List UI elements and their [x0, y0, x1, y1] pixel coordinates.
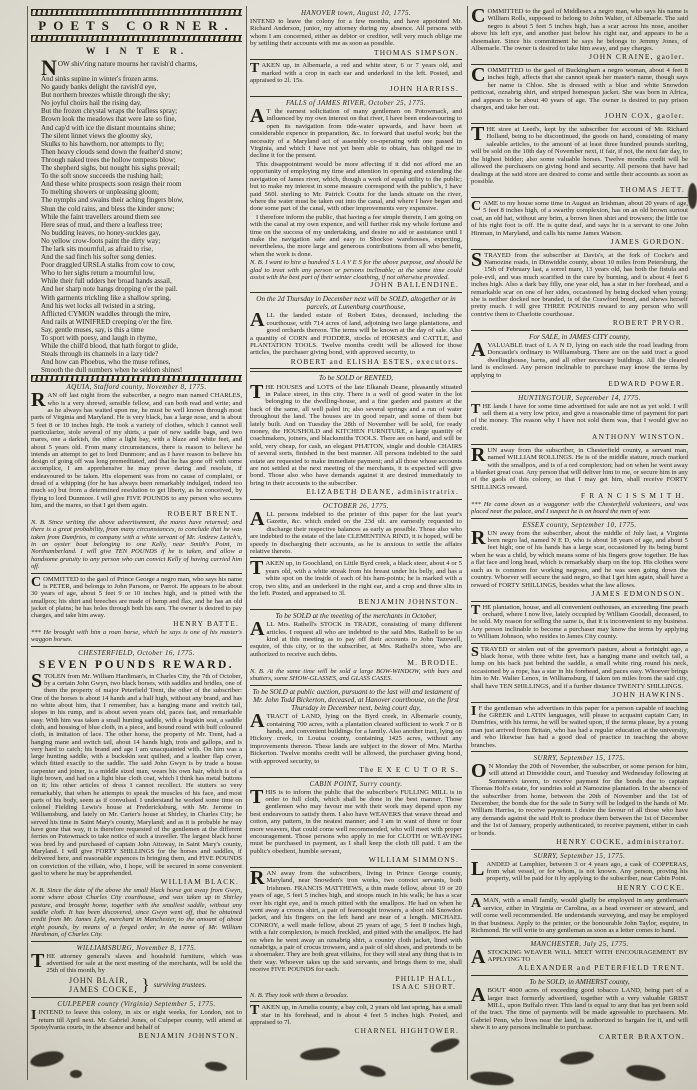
section-rule — [250, 867, 462, 868]
signature: BENJAMIN JOHNSTON. — [31, 1032, 242, 1041]
ink-smudge — [688, 183, 697, 209]
drop-cap: T — [471, 604, 482, 616]
section-rule — [471, 518, 688, 519]
ad-seven-pounds-reward: CHESTERFIELD, October 16, 1775. SEVEN PO… — [31, 649, 242, 939]
poem-line: But the frozen chrystal wraps the leafle… — [41, 107, 242, 115]
ad-taken-steer-albemarle: TAKEN up, in Albemarle, a red and white … — [250, 62, 462, 94]
column-divider-1 — [246, 6, 247, 1080]
poem-line: No budding leaves, no honey-suckles gay, — [41, 229, 242, 237]
ad-body: AMAN, with a small family, would gladly … — [471, 897, 688, 934]
postscript: N. B. Since writing the above advertisem… — [31, 519, 242, 571]
ad-leeds-store-sale: THE store at Leed's, kept by the subscri… — [471, 126, 688, 195]
signature: JOHN BALLENDINE. — [250, 281, 462, 290]
poem-line: Who to her sighs return a mournful low, — [41, 269, 242, 277]
ad-body: ABOUT 4000 acres of exceeding good tobac… — [471, 987, 688, 1031]
poem-line: No yellow crow-foots paint the dirty way… — [41, 237, 242, 245]
section-rule — [471, 123, 688, 124]
ad-body: COMMITTED to the gaol of Middlesex a neg… — [471, 8, 688, 52]
poem-line: And cap'd with ice the distant mountains… — [41, 124, 242, 132]
left-frame-rule — [27, 6, 28, 1080]
postscript: *** He brought with him a roan horse, wh… — [31, 629, 242, 644]
column-divider-2 — [467, 6, 468, 1080]
signature: ROBERT PRYOR. — [471, 319, 688, 328]
ad-attorney-general-sale: WILLIAMSBURG, November 8, 1775. THE atto… — [31, 944, 242, 996]
ad-james-river-navigation: FALLS of JAMES RIVER, October 25, 1775. … — [250, 99, 462, 290]
dateline: ESSEX county, September 10, 1775. — [471, 521, 688, 530]
ad-runaway-ned: ESSEX county, September 10, 1775. RUN aw… — [471, 521, 688, 599]
poem-line: While the chill'd blood, that hath forgo… — [41, 342, 242, 350]
drop-cap: A — [250, 511, 266, 527]
poem-line: Here seas of mud, and there a leafless t… — [41, 221, 242, 229]
signature: JOHN HAWKINS. — [471, 691, 688, 700]
ad-body: IF the gentleman who advertises in this … — [471, 705, 688, 749]
drop-cap: C — [31, 576, 43, 588]
section-rule — [31, 573, 242, 574]
poets-corner-title: POETS CORNER. — [31, 17, 242, 34]
ad-body: ASTOCKING WEAVER WILL MEET WITH ENCOURAG… — [471, 949, 688, 964]
ornament-rule — [31, 375, 242, 382]
section-rule — [250, 609, 462, 610]
ad-body: RAN away from the subscribers, living in… — [250, 870, 462, 974]
poem-line: To sport with poesy, and laugh in rhyme, — [41, 334, 242, 342]
drop-cap: R — [250, 870, 266, 886]
poem-line: And rails at WINIFRED creeping o'er the … — [41, 318, 242, 326]
ad-taken-colt-amelia: TAKEN up, in Amelia county, a bay colt, … — [250, 1004, 462, 1036]
ink-smudge — [70, 1070, 82, 1078]
signature: HENRY COCKE. — [471, 884, 688, 893]
signature: F R A N C I S S M I T H. — [471, 492, 688, 501]
trustee-note: surviving trustees. — [154, 981, 207, 989]
ad-body: COMMITTED to the gaol of Buckingham a ne… — [471, 67, 688, 111]
ad-body: TAKEN up, in Amelia county, a bay colt, … — [250, 1004, 462, 1026]
poem-line: Afflicted CYMON waddles through the mire… — [41, 310, 242, 318]
poem-line: To melting showers or unpleasing gloom; — [41, 188, 242, 196]
ad-body: AT the earnest solicitation of many gent… — [250, 108, 462, 160]
poem-title: W I N T E R. — [31, 46, 242, 58]
drop-cap: T — [250, 560, 265, 576]
ad-body: TAKEN up, in Albemarle, a red and white … — [250, 62, 462, 84]
poem-line: The lark sits mournful, as afraid to ris… — [41, 245, 242, 253]
ad-body: COMMITTED to the gaol of Prince George a… — [31, 576, 242, 620]
ad-taken-steer-goochland: TAKEN up, in Goochland, on Little Byrd c… — [250, 560, 462, 607]
signature: ISAAC SHORT. — [250, 983, 456, 992]
drop-cap: T — [471, 403, 482, 415]
section-rule — [250, 777, 462, 778]
poem-line: No joyful choirs hail the rising day, — [41, 99, 242, 107]
section-rule — [471, 975, 688, 976]
ad-deane-houses: To be SOLD or RENTED, THE HOUSES and LOT… — [250, 374, 462, 496]
ad-huntingtour-lands: HUNTINGTOUR, September 14, 1775. THE lan… — [471, 394, 688, 442]
drop-cap: A — [250, 312, 266, 328]
poem-line: With garments trickling like a shallow s… — [41, 294, 242, 302]
signature: BENJAMIN JOHNSTON. — [250, 598, 462, 607]
ad-heading: To be SOLD at the meeting of the merchan… — [250, 612, 462, 620]
poem-line: The silent linnet views the gloomy sky, — [41, 132, 242, 140]
ad-printer-debts: OCTOBER 26, 1775. ALL persons indebted t… — [250, 502, 462, 555]
poem-line: Through naked trees the hollow tempests … — [41, 156, 242, 164]
poem-line: And sinks supine in winter's frozen arms… — [41, 75, 242, 83]
poem-line: And her sharp note hangs dropping o'er t… — [41, 285, 242, 293]
section-rule — [471, 330, 688, 331]
signature: ALEXANDER and PETERFIELD TRENT. — [487, 964, 688, 973]
dateline: HUNTINGTOUR, September 14, 1775. — [471, 394, 688, 403]
ad-heading: To be SOLD or RENTED, — [250, 374, 462, 382]
postscript: N. B. I want to hire a hundred S L A V E… — [250, 259, 462, 281]
drop-cap: T — [250, 62, 261, 74]
section-rule — [31, 646, 242, 647]
ad-hanover-notice: HANOVER town, August 10, 1775. INTEND to… — [250, 9, 462, 57]
signature: M. BRODIE. — [250, 659, 462, 668]
poem-line: While their full udders her broad hands … — [41, 277, 242, 285]
ad-body: ALL Mrs. Rathell's STOCK in TRADE, consi… — [250, 621, 462, 658]
ad-body: RAN off last night from the subscriber, … — [31, 392, 242, 509]
ad-strayed-mare: STRAYED from the subscriber at Davis's, … — [471, 252, 688, 328]
signature: ROBERT BRENT. — [31, 510, 242, 519]
ad-title: SEVEN POUNDS REWARD. — [31, 659, 242, 672]
dateline: CHESTERFIELD, October 16, 1775. — [31, 649, 242, 658]
ad-rathell-stock: To be SOLD at the meeting of the merchan… — [250, 612, 462, 683]
drop-cap: C — [471, 8, 487, 24]
postscript: N. B. Since the date of the above the sm… — [31, 887, 242, 939]
dateline: SURRY, September 15, 1775. — [471, 754, 688, 763]
signature: ELIZABETH DEANE, administratrix. — [250, 488, 462, 497]
section-rule — [471, 249, 688, 250]
ornament-rule — [31, 9, 242, 16]
drop-cap: A — [250, 621, 266, 637]
signature: CHARNEL HIGHTOWER. — [250, 1027, 462, 1036]
signature: HENRY COCKE, administrator. — [471, 838, 688, 847]
ad-body: ALL the landed estate of Robert Estes, d… — [250, 312, 462, 356]
section-rule — [250, 685, 462, 686]
section-rule — [471, 601, 688, 602]
ad-bickerton-land: To be SOLD at public auction, pursuant t… — [250, 688, 462, 775]
ad-heading: To be SOLD, in AMHERST county, — [471, 978, 688, 986]
drop-cap: T — [31, 953, 46, 969]
signature: The E X E C U T O R S. — [250, 766, 462, 775]
poem-line: No gaudy banks delight the ravish'd eye, — [41, 83, 242, 91]
section-rule — [31, 941, 242, 942]
ad-body: LANDED at Lamphier, between 3 or 4 years… — [471, 861, 688, 883]
poem-winter: NOW shiv'ring nature mourns her ravish'd… — [31, 60, 242, 374]
section-rule — [471, 849, 688, 850]
drop-cap: C — [471, 67, 487, 83]
drop-cap: R — [471, 530, 487, 546]
poem-line: And his wet locks all twisted in a strin… — [41, 302, 242, 310]
left-column: POETS CORNER. W I N T E R. NOW shiv'ring… — [31, 8, 242, 1084]
signature: JAMES GORDON. — [471, 238, 688, 247]
signature-list: PHILIP HALL, ISAAC SHORT. — [250, 975, 462, 992]
drop-cap: T — [250, 789, 265, 805]
newspaper-page: POETS CORNER. W I N T E R. NOW shiv'ring… — [0, 0, 697, 1090]
signature: THOMAS SIMPSON. — [250, 49, 462, 58]
drop-cap: A — [471, 949, 487, 965]
postscript: N. B. At the same time will be sold a la… — [250, 668, 462, 683]
ad-copperas-cask: SURRY, September 15, 1775. LANDED at Lam… — [471, 852, 688, 893]
ad-body: THE attorney general's slaves and housho… — [31, 953, 242, 975]
signature: THOMAS JETT. — [471, 186, 688, 195]
ad-heading: For SALE, in JAMES CITY county, — [471, 333, 688, 341]
poem-line: And how can Phoebus, who the muse refine… — [41, 358, 242, 366]
drop-cap: A — [471, 342, 487, 358]
ad-body: STRAYED or stolen out of the governor's … — [471, 646, 688, 690]
dateline: HANOVER town, August 10, 1775. — [250, 9, 462, 18]
drop-cap: S — [471, 252, 484, 268]
trustee-name-list: JOHN BLAIR, JAMES COCKE, — [69, 976, 137, 995]
ad-stocking-weaver: MANCHESTER, July 25, 1775. ASTOCKING WEA… — [471, 940, 688, 973]
poem-line: Say, gentle muses, say, is this a time — [41, 326, 242, 334]
ad-body: THE HOUSES and LOTS of the late Elkanah … — [250, 384, 462, 488]
section-rule — [250, 1001, 462, 1002]
poem-line: And these white prospects soon resign th… — [41, 180, 242, 188]
ad-lunenburg-estate-sale: On the 2d Thursday in December next will… — [250, 295, 462, 366]
drop-cap: A — [471, 897, 483, 909]
poem-line: The shepherd sighs, but nought his sighs… — [41, 164, 242, 172]
ad-came-irishman: CAME to my house some time in August an … — [471, 200, 688, 247]
ad-strayed-black-horse: STRAYED or stolen out of the governor's … — [471, 646, 688, 700]
ornament-rule — [31, 35, 242, 42]
signature: HENRY BATTE. — [31, 620, 242, 629]
ad-heading: To be SOLD at public auction, pursuant t… — [250, 688, 462, 713]
drop-cap: R — [31, 392, 47, 408]
poem-line: And the sad finch his softer song denies… — [41, 253, 242, 261]
drop-cap: L — [471, 861, 486, 877]
drop-cap: S — [31, 673, 44, 689]
dateline: FALLS of JAMES RIVER, October 25, 1775. — [250, 99, 462, 108]
drop-cap: A — [250, 713, 266, 729]
ad-body: RUN away from the subscriber, in Chester… — [471, 447, 688, 491]
ad-runaway-rollings: RUN away from the subscriber, in Chester… — [471, 447, 688, 516]
section-rule — [471, 197, 688, 198]
ad-goodall-plantation: THE plantation, house, and all convenien… — [471, 604, 688, 641]
ad-committed-buckingham: COMMITTED to the gaol of Buckingham a ne… — [471, 67, 688, 121]
dateline: MANCHESTER, July 25, 1775. — [471, 940, 688, 949]
section-rule — [250, 96, 462, 97]
section-rule — [31, 997, 242, 998]
signature: WILLIAM BLACK. — [31, 878, 242, 887]
ad-body: THE plantation, house, and all convenien… — [471, 604, 688, 641]
ad-fulling-mill: CABIN POINT, Surry county. THIS is to in… — [250, 780, 462, 865]
ad-committed-middlesex: COMMITTED to the gaol of Middlesex a neg… — [471, 8, 688, 62]
section-rule — [471, 64, 688, 65]
ad-runaway-convict-servants: RAN away from the subscribers, living in… — [250, 870, 462, 999]
signature: JAMES EDMONDSON. — [471, 590, 688, 599]
section-rule — [471, 937, 688, 938]
section-rule — [471, 391, 688, 392]
ad-body: ALL persons indebted to the printer of t… — [250, 511, 462, 555]
trustee-names: JOHN BLAIR, JAMES COCKE, } surviving tru… — [69, 975, 242, 995]
signature: JOHN HARRISS. — [250, 85, 462, 94]
ad-body: STOLEN from Mr. William Hardiman's, in C… — [31, 673, 242, 877]
poem-line: NOW shiv'ring nature mourns her ravish'd… — [41, 60, 242, 75]
ad-overseer-wanted: AMAN, with a small family, would gladly … — [471, 897, 688, 934]
section-rule — [250, 557, 462, 558]
poem-line: To the soft snow succeeds the rushing ha… — [41, 172, 242, 180]
ad-body: TAKEN up, in Goochland, on Little Byrd c… — [250, 560, 462, 597]
ad-holt-estate-bonds: SURRY, September 15, 1775. ON Monday the… — [471, 754, 688, 847]
poem-line: Then heavy clouds send down the feather'… — [41, 148, 242, 156]
ad-body: ON Monday the 20th of November, the subs… — [471, 763, 688, 837]
drop-cap: A — [471, 987, 487, 1003]
drop-cap: A — [250, 108, 266, 124]
section-rule-double — [250, 368, 462, 372]
right-column: COMMITTED to the gaol of Middlesex a neg… — [471, 8, 688, 1084]
poem-line: Smooth the dull numbers when he seldom s… — [41, 366, 242, 374]
ad-runaway-charles: AQUIA, Stafford county, November 8, 1775… — [31, 383, 242, 570]
signature: ANTHONY WINSTON. — [471, 433, 688, 442]
poem-line: Skulks to his hawthorn, nor attempts to … — [41, 140, 242, 148]
ad-james-city-land: For SALE, in JAMES CITY county, AVALUABL… — [471, 333, 688, 389]
section-rule — [250, 292, 462, 293]
ad-body: INTEND to leave the colony for a few mon… — [250, 18, 462, 48]
drop-cap: T — [250, 384, 265, 400]
dateline: CABIN POINT, Surry county. — [250, 780, 462, 789]
ad-culpeper-notice: CULPEPER county (Virginia) September 5, … — [31, 1000, 242, 1040]
section-rule — [250, 499, 462, 500]
drop-cap: O — [471, 763, 489, 779]
poem-line: The nymphs and swains their aching finge… — [41, 196, 242, 204]
poem-line: While the faint travellers around them s… — [41, 213, 242, 221]
ad-heading: On the 2d Thursday in December next will… — [250, 295, 462, 311]
middle-column: HANOVER town, August 10, 1775. INTEND to… — [250, 8, 462, 1084]
drop-cap: T — [471, 126, 486, 142]
ad-body: ATRACT of LAND, lying on the Byrd creek,… — [250, 713, 462, 765]
poets-corner-box: POETS CORNER. W I N T E R. NOW shiv'ring… — [31, 9, 242, 382]
signature: EDWARD POWER. — [471, 380, 688, 389]
ad-body: THE store at Leed's, kept by the subscri… — [471, 126, 688, 185]
ad-committed-peter: COMMITTED to the gaol of Prince George a… — [31, 576, 242, 644]
drop-cap: C — [471, 200, 483, 212]
section-rule — [471, 894, 688, 895]
ad-body: AVALUABLE tract of L A N D, lying on eac… — [471, 342, 688, 379]
poem-line: Poor draggled URSLA stalks from cow to c… — [41, 261, 242, 269]
drop-cap: T — [250, 1004, 261, 1016]
section-rule — [471, 751, 688, 752]
poem-line: But northern breezes whistle through the… — [41, 91, 242, 99]
ad-body: IINTEND to leave this colony, in six or … — [31, 1009, 242, 1031]
ad-amherst-tobacco-land: To be SOLD, in AMHERST county, ABOUT 400… — [471, 978, 688, 1041]
section-rule — [471, 643, 688, 644]
signature: JOHN CRAINE, gaoler. — [471, 53, 688, 62]
postscript: N. B. They took with them a broadax. — [250, 992, 462, 999]
ad-body: This disappointment would be more affect… — [250, 161, 462, 213]
dateline: OCTOBER 26, 1775. — [250, 502, 462, 511]
signature: CARTER BRAXTON. — [471, 1033, 688, 1042]
ad-body: RUN away from the subscriber, about the … — [471, 530, 688, 589]
dateline: WILLIAMSBURG, November 8, 1775. — [31, 944, 242, 953]
section-rule — [250, 59, 462, 60]
ad-body: STRAYED from the subscriber at Davis's, … — [471, 252, 688, 319]
ad-body: CAME to my house some time in August an … — [471, 200, 688, 237]
ad-body: I therefore inform the public, that havi… — [250, 214, 462, 258]
signature: JOHN COX, gaoler. — [471, 112, 688, 121]
section-rule — [471, 444, 688, 445]
section-rule — [471, 702, 688, 703]
brace-glyph: } — [141, 975, 149, 995]
poem-line: Brown look the meadows that were late so… — [41, 115, 242, 123]
ad-body: THE lands I have for some time advertise… — [471, 403, 688, 433]
ad-greek-latin-tutor: IF the gentleman who advertises in this … — [471, 705, 688, 749]
signature: WILLIAM SIMMONS. — [250, 856, 462, 865]
ad-body: THIS is to inform the public that the su… — [250, 789, 462, 856]
dateline: SURRY, September 15, 1775. — [471, 852, 688, 861]
trustee-name: JOHN BLAIR, — [69, 976, 137, 986]
postscript: *** He came down as a waggoner with the … — [471, 501, 688, 516]
drop-cap: S — [471, 646, 481, 658]
trustee-name: JAMES COCKE, — [69, 985, 137, 995]
drop-cap: R — [471, 447, 487, 463]
poem-line: Steals through its channels in a lazy ti… — [41, 350, 242, 358]
signature: ROBERT and ELISHA ESTES, executors. — [250, 358, 462, 367]
poem-line: Shun the cold rains, and bless the kinde… — [41, 205, 242, 213]
